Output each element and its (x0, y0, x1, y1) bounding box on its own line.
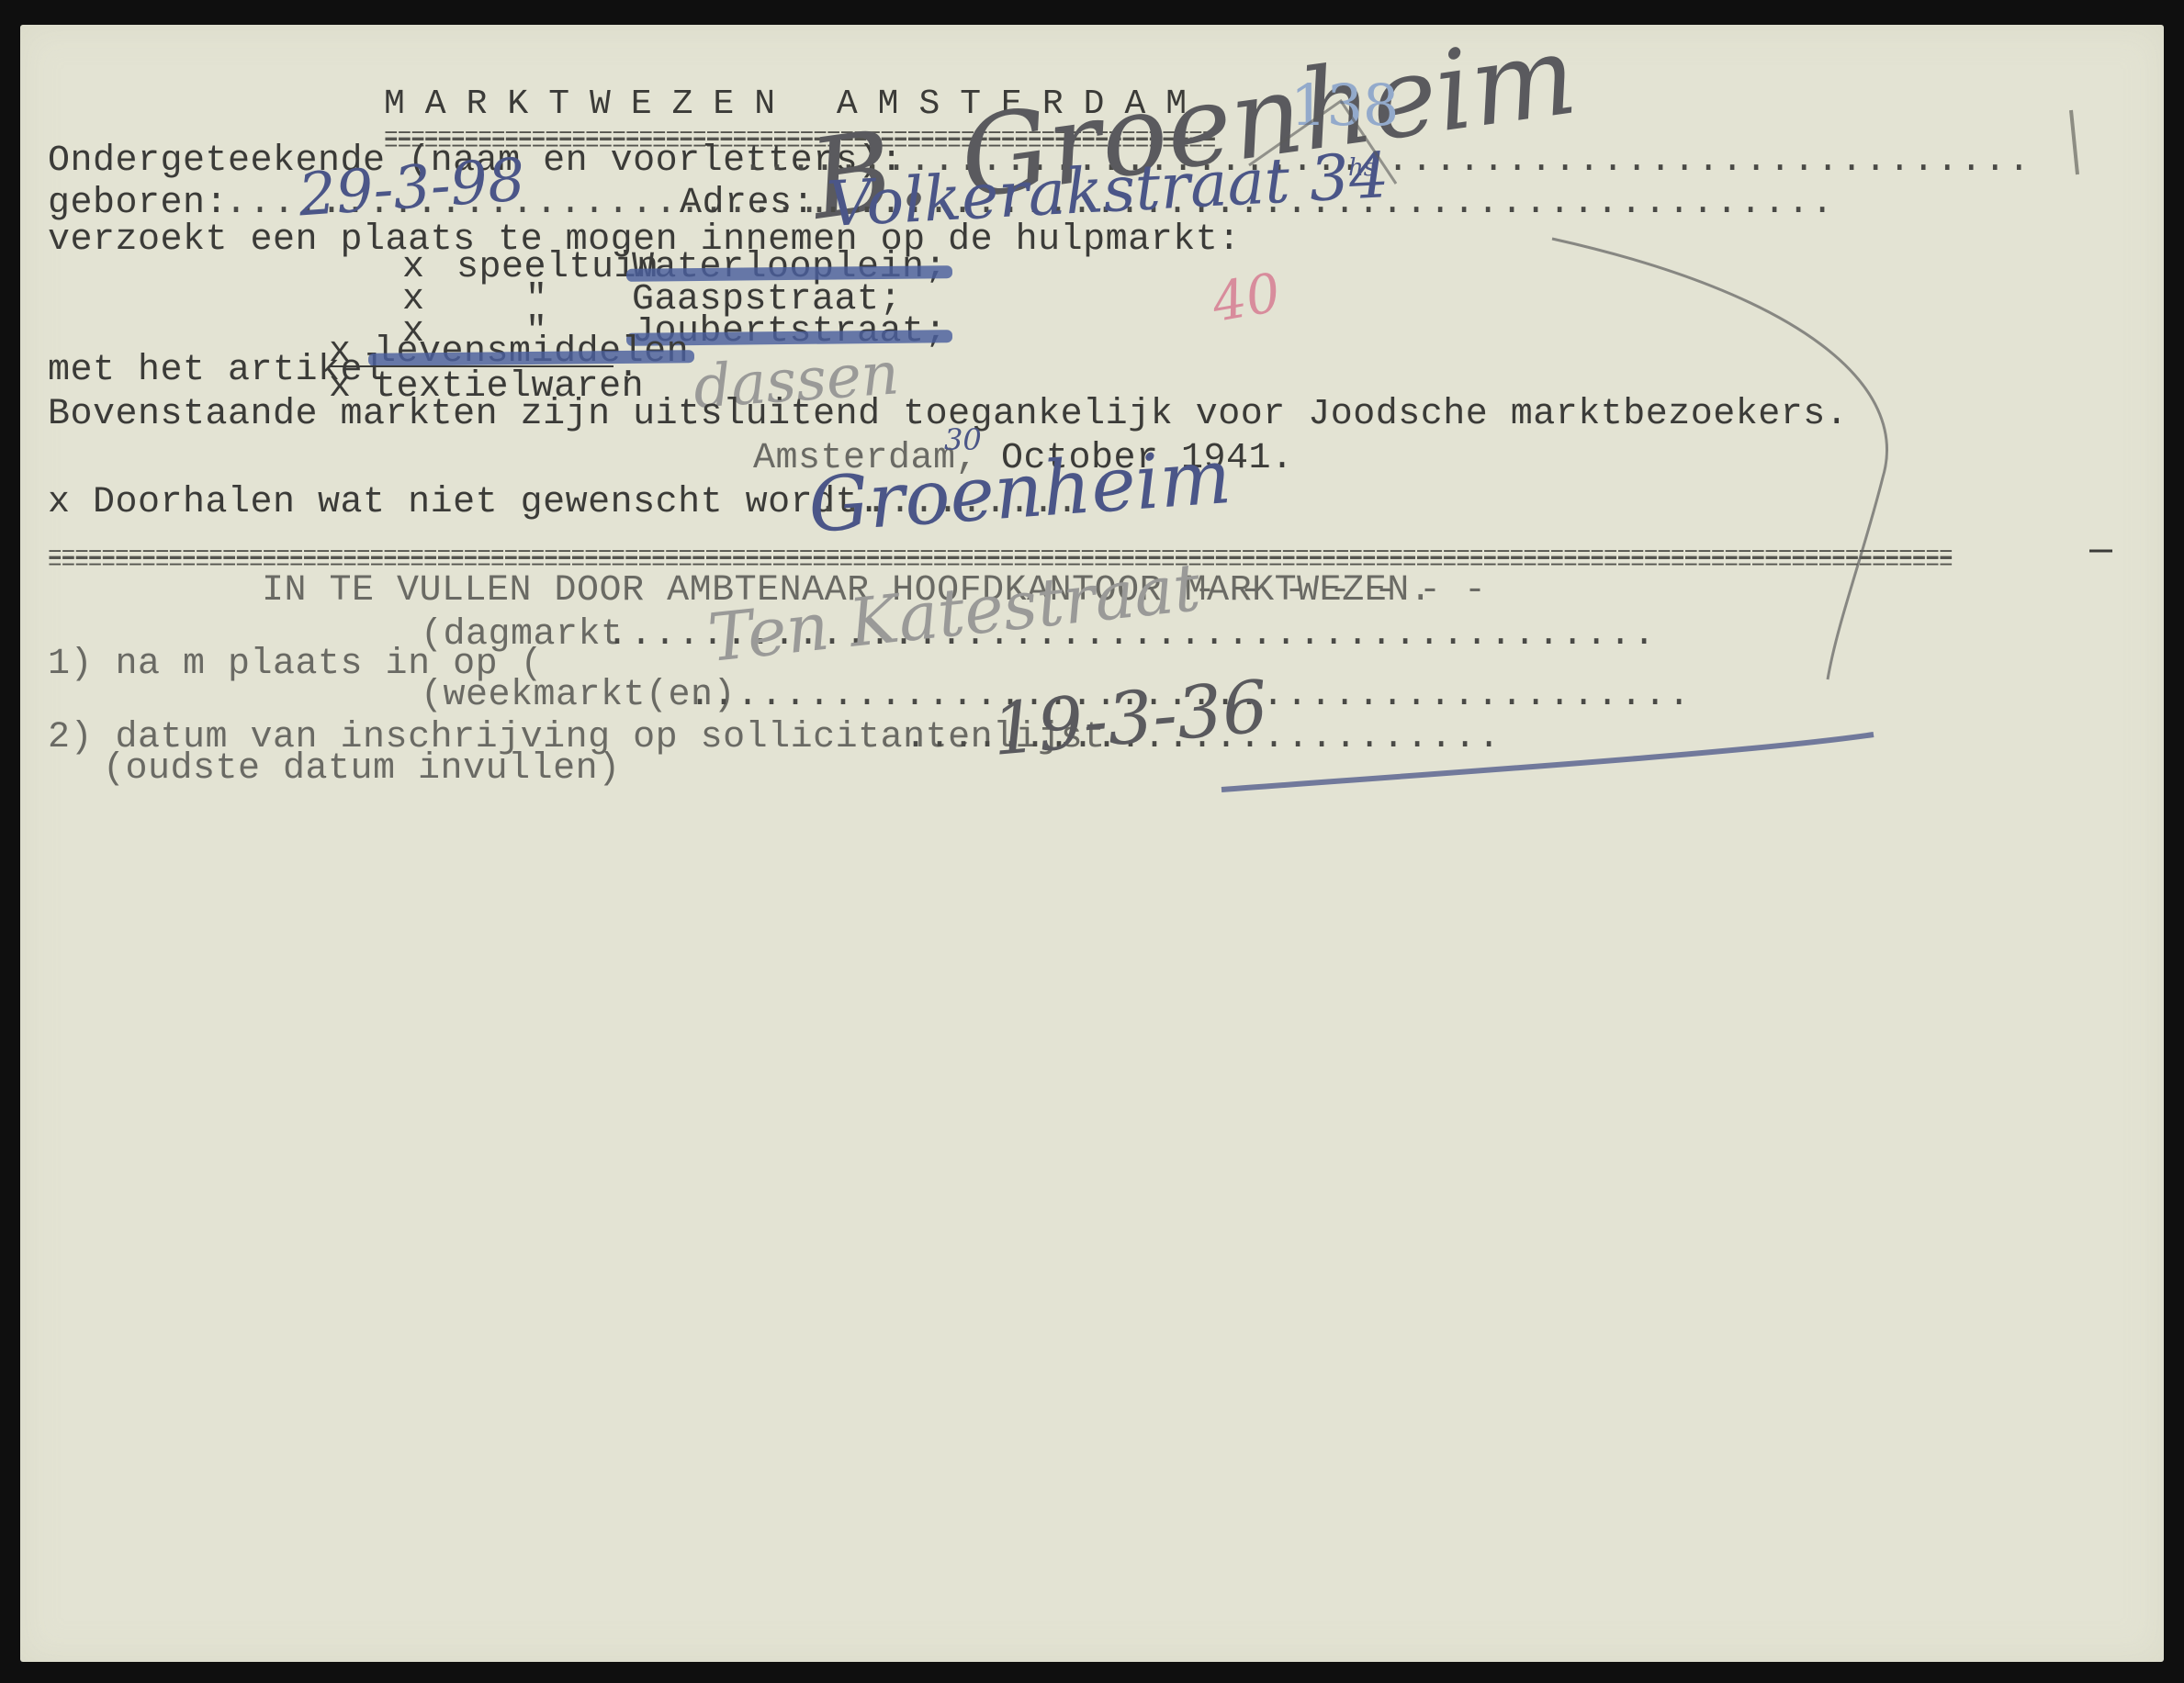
red-number-annotation: 40 (1208, 261, 1285, 334)
official-heading-dashes: - - - - - - - (1194, 571, 1487, 611)
blue-number-annotation: 138 (1290, 72, 1399, 139)
section-double-rule-2: ========================================… (48, 556, 1953, 569)
document-paper (20, 25, 2164, 1662)
footnote-text: x Doorhalen wat niet gewenscht wordt. (48, 483, 881, 523)
address-label: Adres: (680, 184, 815, 224)
item2-sublabel: (oudste datum invullen) (103, 749, 621, 790)
market-prefix-1: speeltuin (456, 248, 659, 288)
address-suffix: hs (1348, 154, 1376, 182)
born-label: geboren: (48, 184, 228, 224)
